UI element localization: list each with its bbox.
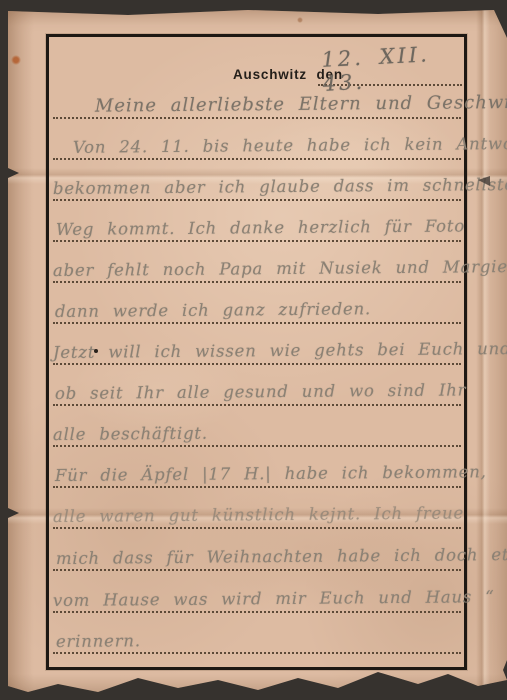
handwriting-text: Jetzt will ich wissen wie gehts bei Euch… <box>53 339 507 363</box>
letter-line-3: bekommen aber ich glaube dass im schnell… <box>53 168 461 201</box>
handwriting-text: mich dass für Weihnachten habe ich doch … <box>53 545 507 569</box>
ink-blot <box>94 349 98 353</box>
handwriting-text: bekommen aber ich glaube dass im schnell… <box>53 175 507 199</box>
letter-line-4: Weg kommt. Ich danke herzlich für Foto <box>53 209 461 242</box>
handwriting-text: vom Hause was wird mir Euch und Haus “ <box>53 587 495 611</box>
letter-line-6: dann werde ich ganz zufrieden. <box>53 291 461 324</box>
letter-line-11: alle waren gut künstlich kejnt. Ich freu… <box>53 496 461 529</box>
letter-line-5: aber fehlt noch Papa mit Nusiek und Marg… <box>53 250 461 283</box>
torn-edge-shadow <box>8 674 507 700</box>
letter-line-10: Für die Äpfel |17 H.| habe ich bekommen, <box>53 455 461 488</box>
letter-line-14: erinnern. <box>53 621 461 654</box>
handwriting-text: alle waren gut künstlich kejnt. Ich freu… <box>53 503 464 527</box>
handwriting-text: aber fehlt noch Papa mit Nusiek und Marg… <box>53 257 507 281</box>
handwriting-text: Meine allerliebste Eltern und Geschwiste… <box>53 93 507 117</box>
letter-line-12: mich dass für Weihnachten habe ich doch … <box>53 538 461 571</box>
tear-notch-left-top <box>8 168 19 178</box>
handwriting-text: dann werde ich ganz zufrieden. <box>53 299 371 322</box>
handwriting-text: Von 24. 11. bis heute habe ich kein Antw… <box>53 134 507 158</box>
letter-line-7: Jetzt will ich wissen wie gehts bei Euch… <box>53 332 461 365</box>
handwriting-text: alle beschäftigt. <box>53 424 208 445</box>
handwriting-text: Weg kommt. Ich danke herzlich für Foto <box>53 216 465 240</box>
letter-line-13: vom Hause was wird mir Euch und Haus “ <box>53 580 461 613</box>
letter-line-2: Von 24. 11. bis heute habe ich kein Antw… <box>53 127 461 160</box>
letter-line-1: Meine allerliebste Eltern und Geschwiste… <box>53 86 461 119</box>
tear-notch-left-bottom <box>8 508 19 518</box>
handwriting-text: ob seit Ihr alle gesund und wo sind Ihr <box>53 380 467 404</box>
handwriting-text: Für die Äpfel |17 H.| habe ich bekommen, <box>53 462 487 486</box>
tear-notch-right <box>478 176 490 186</box>
photo-background: Auschwitz den 12. XII. 43. Meine allerli… <box>0 0 507 700</box>
letter-line-8: ob seit Ihr alle gesund und wo sind Ihr <box>53 373 461 406</box>
letter-line-9: alle beschäftigt. <box>53 414 461 447</box>
handwriting-text: erinnern. <box>53 631 141 652</box>
